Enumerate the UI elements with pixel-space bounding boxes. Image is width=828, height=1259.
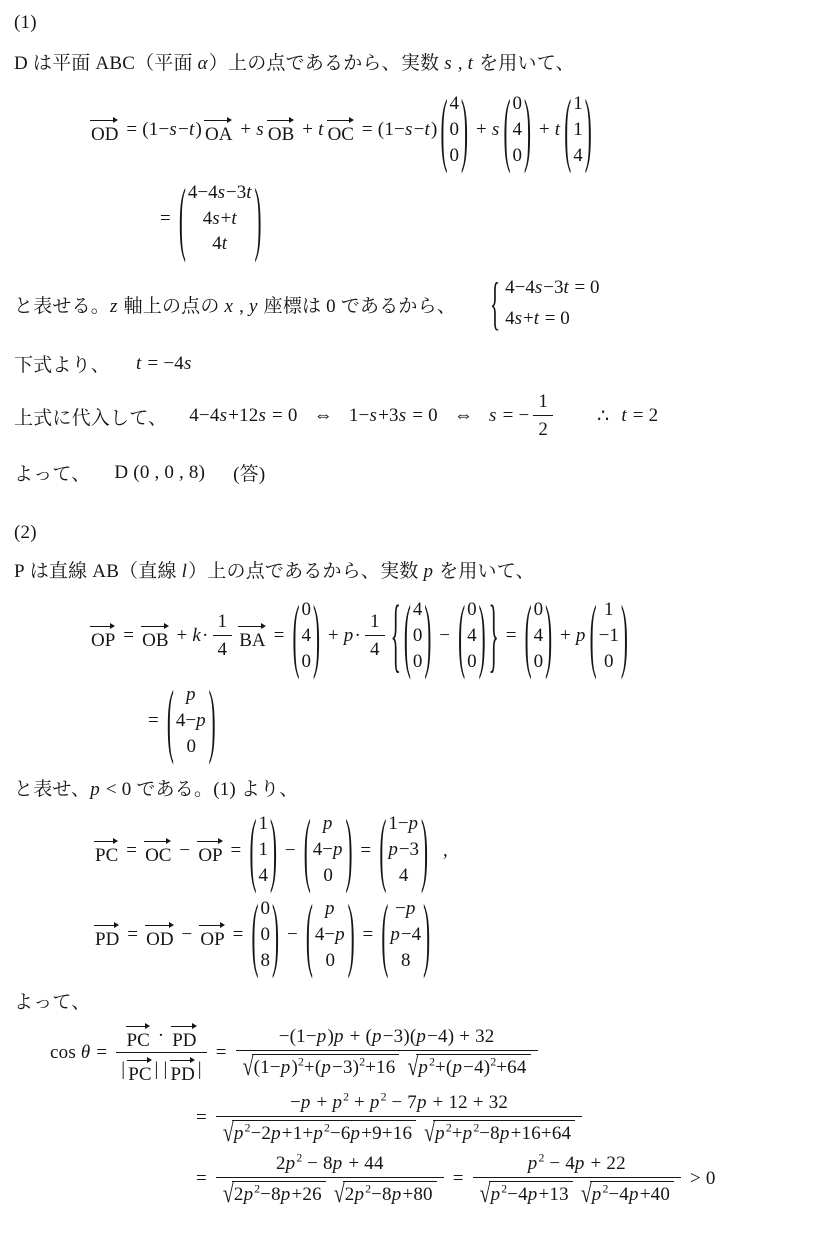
vector-rows: 1−10 (597, 597, 621, 676)
math-run: = (196, 1168, 212, 1190)
math-run: = (160, 208, 176, 230)
math-run: + p· (323, 625, 361, 647)
vector-component: 0 (413, 626, 423, 647)
denominator: 4 (365, 636, 385, 661)
vector-ba: BA (236, 622, 268, 650)
block-part1-label: (1) (14, 12, 828, 34)
right-brace: } (489, 595, 499, 677)
math-run: P は直線 AB（直線 l）上の点であるから、実数 p を用いて、 (14, 556, 535, 583)
italic-variable: t (563, 277, 569, 298)
left-paren: ( (441, 89, 448, 171)
italic-variable: p (575, 1153, 586, 1174)
left-paren: ( (304, 810, 311, 892)
italic-variable: p (417, 1092, 428, 1113)
vector-component: 1 (258, 840, 268, 861)
radical-sign: √ (480, 1181, 491, 1208)
numerator: 1 (365, 611, 385, 635)
block-eq-cos-step1: cos θ = PC · PD|PC| |PD| = −(1−p)p + (p−… (50, 1022, 828, 1084)
italic-variable: p (388, 839, 399, 860)
vector-component: p−4 (390, 925, 421, 946)
math-run: + t (534, 119, 561, 141)
block-eq-od-expansion: OD = (1−s−t)OA + sOB + tOC = (1−s−t)(400… (88, 91, 828, 170)
denominator: √2p2−8p+26√2p2−8p+80 (216, 1178, 444, 1206)
vector-component: 0 (450, 120, 460, 141)
math-run: − (174, 840, 195, 862)
italic-variable: p (528, 1184, 539, 1205)
vector-component: 4 (301, 626, 311, 647)
vector-rows: p4−p0 (311, 811, 346, 890)
math-run: > 0 (685, 1168, 716, 1190)
left-paren: ( (525, 595, 532, 677)
spacer (609, 416, 621, 417)
column-vector: (040) (525, 597, 553, 676)
left-paren: ( (306, 894, 313, 976)
square-root: √p2−2p+1+p2−6p+9+16 (223, 1120, 416, 1145)
italic-variable: p (629, 1184, 640, 1205)
fraction: 2p2 − 8p + 44√2p2−8p+26√2p2−8p+80 (216, 1153, 444, 1206)
math-run: 4 (370, 639, 380, 661)
vector-component: 0 (467, 600, 477, 621)
block-eq-cos-step3: = 2p2 − 8p + 44√2p2−8p+26√2p2−8p+80 = p2… (196, 1153, 828, 1206)
italic-variable: s (256, 119, 265, 140)
vector-component: 0 (323, 866, 333, 887)
math-run: 4−4s+12s = 0 (189, 405, 297, 427)
italic-variable: p (392, 1184, 403, 1205)
fraction: p2 − 4p + 22√p2−4p+13√p2−4p+40 (473, 1153, 681, 1206)
italic-variable: p (286, 1153, 297, 1174)
italic-variable: p (351, 1123, 362, 1144)
italic-variable: p (416, 1026, 427, 1047)
vector-component: p−3 (388, 840, 419, 861)
spacer (205, 472, 233, 473)
italic-variable: s (444, 53, 453, 74)
vector-pd: PD (169, 1022, 199, 1050)
column-vector: (4−4s−3t4s+t4t) (179, 180, 262, 259)
vector-od: OD (143, 921, 176, 949)
column-vector: (1−pp−34) (379, 811, 428, 890)
left-paren: ( (379, 810, 386, 892)
italic-variable: p (335, 924, 346, 945)
vector-component: 4−p (315, 925, 346, 946)
radicand: p2−4p+40 (590, 1181, 674, 1206)
block-p1-substitute: 上式に代入して、4−4s+12s = 0⇔1−s+3s = 0⇔s = −12∴… (14, 391, 828, 441)
italic-variable: p (244, 1184, 255, 1205)
right-paren: ) (270, 810, 277, 892)
italic-variable: p (463, 1123, 474, 1144)
numerator: 2p2 − 8p + 44 (271, 1153, 389, 1177)
math-run: 上式に代入して、 (14, 403, 167, 430)
block-p2-condition: と表せ、p < 0 である。(1) より、 (14, 774, 828, 801)
block-eq-cos-step2: = −p + p2 + p2 − 7p + 12 + 32√p2−2p+1+p2… (196, 1092, 828, 1145)
vector-oc: OC (325, 116, 357, 144)
numerator: PC · PD (119, 1022, 205, 1052)
italic-variable: p (313, 1123, 324, 1144)
math-run: = (196, 1107, 212, 1129)
italic-variable: s (220, 405, 229, 426)
italic-variable: p (452, 1057, 463, 1078)
math-run: = (358, 924, 379, 946)
spacer (110, 363, 136, 364)
italic-variable: p (186, 684, 197, 705)
math-run: , (443, 840, 448, 862)
vector-rows: p4−p0 (313, 896, 348, 975)
radicand: p2−4p+13 (489, 1181, 573, 1206)
superscript: 2 (501, 1182, 507, 1195)
vector-rows: 1−pp−34 (386, 811, 421, 890)
math-run: −(1−p)p + (p−3)(p−4) + 32 (279, 1026, 495, 1048)
vector-component: p (323, 814, 334, 835)
document-blocks: (1)D は平面 ABC（平面 α）上の点であるから、実数 s , t を用いて… (0, 12, 828, 1206)
italic-variable: t (555, 119, 561, 140)
column-vector: (040) (458, 597, 486, 676)
italic-variable: t (136, 353, 142, 374)
superscript: 2 (381, 1090, 387, 1103)
column-vector: (p4−p0) (306, 896, 355, 975)
right-paren: ) (461, 89, 468, 171)
superscript: 2 (490, 1056, 496, 1069)
vector-op: OP (88, 622, 118, 650)
italic-variable: p (281, 1184, 292, 1205)
column-vector: (040) (503, 91, 531, 170)
math-run: p2+p2−8p+16+64 (435, 1123, 571, 1145)
right-paren: ) (423, 894, 430, 976)
vector-component: 1 (573, 94, 583, 115)
block-p1-lower-eq: 下式より、t = −4s (14, 350, 828, 377)
roman-function: cos (50, 1042, 81, 1064)
italic-variable: t (246, 182, 252, 203)
math-run: | (198, 1059, 202, 1081)
spacer (473, 416, 489, 417)
vector-component: 1 (604, 600, 614, 621)
vector-rows: 008 (259, 896, 273, 975)
italic-variable: p (317, 1026, 328, 1047)
column-vector: (−pp−48) (381, 896, 430, 975)
italic-variable: t (231, 208, 237, 229)
radical-sign: √ (223, 1181, 234, 1208)
italic-variable: p (491, 1184, 502, 1205)
math-run: = (211, 1042, 232, 1064)
group-content: (400) − (040) (401, 597, 489, 676)
radicand: 2p2−8p+26 (232, 1181, 326, 1206)
vector-component: 4 (413, 600, 423, 621)
italic-variable: p (592, 1184, 603, 1205)
denominator: √p2−4p+13√p2−4p+40 (473, 1178, 681, 1206)
left-paren: ( (179, 178, 186, 260)
math-run: p2 − 4p + 22 (528, 1153, 626, 1175)
italic-variable: k (192, 625, 202, 646)
math-run: t = −4s (136, 353, 193, 375)
superscript: 2 (296, 1151, 302, 1164)
math-run: ⇔ (314, 405, 333, 427)
math-run: (1−p)2+(p−3)2+16 (254, 1057, 396, 1079)
vector-component: 0 (512, 94, 522, 115)
square-root: √2p2−8p+26 (223, 1181, 326, 1206)
left-paren: ( (252, 894, 259, 976)
vector-component: 0 (604, 652, 614, 673)
vector-component: 0 (413, 652, 423, 673)
math-run: = (228, 924, 249, 946)
block-eq-pd: PD = OD − OP = (008) − (p4−p0) = (−pp−48… (92, 896, 828, 975)
column-vector: (1−10) (590, 597, 628, 676)
math-run: p2−4p+40 (592, 1184, 670, 1206)
italic-variable: θ (81, 1042, 92, 1063)
superscript: 2 (324, 1121, 330, 1134)
right-paren: ) (348, 894, 355, 976)
math-run: p2−2p+1+p2−6p+9+16 (234, 1123, 412, 1145)
italic-variable: p (325, 898, 336, 919)
spacer (90, 472, 114, 473)
math-run: + s (235, 119, 264, 141)
denominator: √p2−2p+1+p2−6p+9+16√p2+p2−8p+16+64 (216, 1117, 582, 1145)
left-paren: ( (590, 595, 597, 677)
math-run: + s (471, 119, 500, 141)
case-rows: 4−4s−3t = 04s+t = 0 (500, 276, 601, 332)
right-paren: ) (479, 595, 486, 677)
vector-component: 0 (534, 600, 544, 621)
spacer (401, 1066, 405, 1067)
vector-component: 0 (512, 146, 522, 167)
vector-pd: PD (168, 1056, 198, 1084)
math-run: ⇔ (454, 405, 473, 427)
spacer (438, 416, 454, 417)
block-eq-op-result: = (p4−p0) (148, 682, 828, 761)
vector-component: 0 (186, 737, 196, 758)
math-run: (答) (233, 459, 265, 486)
math-solution-page: (1)D は平面 ABC（平面 α）上の点であるから、実数 s , t を用いて… (0, 0, 828, 1206)
italic-variable: y (249, 296, 259, 317)
square-root: √(1−p)2+(p−3)2+16 (243, 1054, 400, 1079)
column-vector: (114) (249, 811, 277, 890)
math-run: 1 (370, 611, 380, 633)
fraction: 14 (365, 611, 385, 661)
left-paren: ( (458, 595, 465, 677)
superscript: 2 (245, 1121, 251, 1134)
math-run: p2−4p+13 (491, 1184, 569, 1206)
math-run: = (122, 924, 143, 946)
spacer (328, 1193, 332, 1194)
column-vector: (p4−p0) (167, 682, 216, 761)
right-paren: ) (545, 595, 552, 677)
math-run: = (1−s−t) (357, 119, 438, 141)
italic-variable: p (500, 1123, 511, 1144)
spacer (431, 850, 443, 851)
italic-variable: p (406, 898, 417, 919)
denominator: √(1−p)2+(p−3)2+16√p2+(p−4)2+64 (236, 1051, 538, 1079)
vector-rows: 040 (465, 597, 479, 676)
vector-component: 8 (401, 951, 411, 972)
math-run: = (148, 710, 164, 732)
italic-variable: p (333, 1153, 344, 1174)
italic-variable: p (271, 1123, 282, 1144)
italic-variable: p (90, 779, 101, 800)
vector-component: 4 (399, 866, 409, 887)
block-eq-od-result: = (4−4s−3t4s+t4t) (160, 180, 828, 259)
math-run: 1 (218, 611, 228, 633)
radicand: (1−p)2+(p−3)2+16 (252, 1054, 400, 1079)
right-paren: ) (209, 680, 216, 762)
math-run: − (434, 625, 455, 647)
math-run: 下式より、 (14, 350, 110, 377)
block-p2-intro: P は直線 AB（直線 l）上の点であるから、実数 p を用いて、 (14, 556, 828, 583)
vector-component: 4 (512, 120, 522, 141)
math-run: −p + p2 + p2 − 7p + 12 + 32 (290, 1092, 508, 1114)
vector-op: OP (195, 837, 225, 865)
block-p1-intro: D は平面 ABC（平面 α）上の点であるから、実数 s , t を用いて、 (14, 48, 828, 75)
italic-variable: s (399, 405, 408, 426)
right-paren: ) (313, 595, 320, 677)
braced-group: {(400) − (040)} (391, 597, 499, 676)
fraction: PC · PD|PC| |PD| (116, 1022, 207, 1084)
italic-variable: s (492, 119, 501, 140)
vector-component: 4s+t (203, 209, 238, 230)
vector-component: 4t (212, 234, 228, 255)
vector-pc: PC (92, 837, 121, 865)
italic-variable: s (218, 182, 226, 203)
italic-variable: p (576, 625, 587, 646)
square-root: √2p2−8p+80 (334, 1181, 437, 1206)
vector-rows: −pp−48 (388, 896, 423, 975)
math-run: と表せ、p < 0 である。(1) より、 (14, 774, 299, 801)
italic-variable: p (418, 1057, 429, 1078)
math-run: 2p2 − 8p + 44 (276, 1153, 384, 1175)
math-run: − (177, 924, 198, 946)
math-run: − (282, 924, 303, 946)
radical-sign: √ (407, 1054, 418, 1081)
math-run: = (121, 840, 142, 862)
left-brace: { (391, 595, 401, 677)
math-run: = (118, 625, 139, 647)
math-run: | | (155, 1059, 168, 1081)
math-run: ∴ (597, 405, 609, 428)
math-run: = (448, 1168, 469, 1190)
math-run: 1−s+3s = 0 (349, 405, 438, 427)
italic-variable: s (489, 405, 498, 426)
italic-variable: t (222, 233, 228, 254)
italic-variable: t (424, 119, 430, 140)
right-paren: ) (621, 595, 628, 677)
math-run: s = − (489, 405, 529, 427)
column-vector: (400) (404, 597, 432, 676)
block-p1-condition: と表せる。z 軸上の点の x , y 座標は 0 であるから、{4−4s−3t … (14, 276, 828, 332)
vector-rows: 040 (532, 597, 546, 676)
italic-variable: s (405, 119, 414, 140)
right-paren: ) (272, 894, 279, 976)
vector-rows: 4−4s−3t4s+t4t (186, 180, 255, 259)
radical-sign: √ (424, 1120, 435, 1147)
vector-component: 4 (467, 626, 477, 647)
vector-component: p (186, 685, 197, 706)
vector-component: 4−p (176, 711, 207, 732)
right-paren: ) (424, 595, 431, 677)
block-eq-pc: PC = OC − OP = (114) − (p4−p0) = (1−pp−3… (92, 811, 828, 890)
italic-variable: s (535, 277, 543, 298)
right-paren: ) (585, 89, 592, 171)
vector-component: 0 (325, 951, 335, 972)
vector-component: 4 (258, 866, 268, 887)
column-vector: (114) (564, 91, 592, 170)
italic-variable: p (321, 1057, 332, 1078)
vector-component: 4 (573, 146, 583, 167)
vector-rows: 114 (571, 91, 585, 170)
vector-component: 0 (301, 600, 311, 621)
block-p2-yotte: よって、 (14, 987, 828, 1014)
italic-variable: s (184, 353, 193, 374)
math-run: 1 (538, 391, 548, 413)
vector-oc: OC (142, 837, 174, 865)
left-paren: ( (404, 595, 411, 677)
italic-variable: p (528, 1153, 539, 1174)
math-run: 2 (538, 419, 548, 441)
math-run: t = 2 (621, 405, 658, 427)
superscript: 2 (343, 1090, 349, 1103)
radical-sign: √ (243, 1054, 254, 1081)
column-vector: (p4−p0) (304, 811, 353, 890)
math-run: = (226, 840, 247, 862)
math-run: と表せる。z 軸上の点の x , y 座標は 0 であるから、 (14, 291, 456, 318)
italic-variable: p (355, 1184, 366, 1205)
italic-variable: p (333, 839, 344, 860)
numerator: p2 − 4p + 22 (523, 1153, 631, 1177)
vector-ob: OB (265, 116, 297, 144)
italic-variable: s (515, 308, 523, 329)
italic-variable: p (372, 1026, 383, 1047)
radical-sign: √ (581, 1181, 592, 1208)
italic-variable: p (409, 813, 420, 834)
spacer (456, 304, 490, 305)
italic-variable: t (468, 53, 474, 74)
case-equation: 4−4s−3t = 0 (505, 278, 599, 299)
vector-component: −p (395, 899, 416, 920)
spacer (557, 416, 597, 417)
spacer (167, 416, 189, 417)
italic-variable: x (225, 296, 235, 317)
math-run: · (153, 1025, 169, 1047)
fraction: −p + p2 + p2 − 7p + 12 + 32√p2−2p+1+p2−6… (216, 1092, 582, 1145)
vector-component: 1−p (388, 814, 419, 835)
left-paren: ( (381, 894, 388, 976)
left-brace: { (490, 275, 500, 333)
vector-component: 0 (261, 899, 271, 920)
math-run: よって、 (14, 459, 90, 486)
square-root: √p2−4p+13 (480, 1181, 573, 1206)
math-run: + t (297, 119, 324, 141)
fraction: 12 (533, 391, 553, 441)
math-run: = (1−s−t) (121, 119, 202, 141)
denominator: 2 (533, 416, 553, 441)
superscript: 2 (298, 1056, 304, 1069)
radicand: 2p2−8p+80 (343, 1181, 437, 1206)
italic-variable: p (281, 1057, 292, 1078)
superscript: 2 (365, 1182, 371, 1195)
math-run: = (355, 840, 376, 862)
math-run: 2p2−8p+80 (345, 1184, 433, 1206)
numerator: 1 (213, 611, 233, 635)
vector-component: 4 (450, 94, 460, 115)
radicand: p2+p2−8p+16+64 (433, 1120, 575, 1145)
right-paren: ) (345, 810, 352, 892)
left-paren: ( (167, 680, 174, 762)
vector-component: 8 (261, 951, 271, 972)
vector-pc: PC (124, 1022, 153, 1050)
square-root: √p2+p2−8p+16+64 (424, 1120, 575, 1145)
italic-variable: t (189, 119, 195, 140)
denominator: |PC| |PD| (116, 1053, 207, 1084)
vector-ob: OB (139, 622, 171, 650)
left-paren: ( (249, 810, 256, 892)
italic-variable: p (390, 924, 401, 945)
right-paren: ) (421, 810, 428, 892)
case-equation: 4s+t = 0 (505, 309, 570, 330)
